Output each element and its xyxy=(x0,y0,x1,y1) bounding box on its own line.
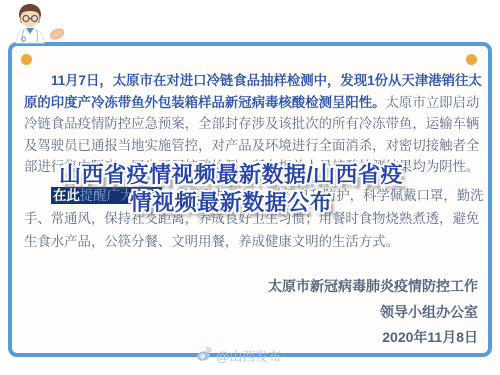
watermark-text: @山西发布 xyxy=(216,346,281,365)
signature-date: 2020年11月8日 xyxy=(268,325,478,351)
signature-line1: 太原市新冠病毒肺炎疫情防控工作 xyxy=(268,274,478,300)
overlay-headline: 山西省疫情视频最新数据/山西省疫 情视频最新数据公布 xyxy=(0,161,462,216)
decor-dot-right xyxy=(466,54,477,65)
overlay-headline-line2: 情视频最新数据公布 xyxy=(0,189,462,217)
doctor-avatar-icon xyxy=(10,1,70,49)
weibo-icon xyxy=(196,347,213,365)
paragraph1-line3: 冷链食品疫情防控应急预案，全部封存涉及该批次的所有冷冻带鱼，运输车辆 xyxy=(24,113,486,135)
signature-block: 太原市新冠病毒肺炎疫情防控工作 领导小组办公室 2020年11月8日 xyxy=(268,274,478,351)
paragraph1-line1: 11月7日，太原市在对进口冷链食品抽样检测中，发现1份从天津港销往太 xyxy=(24,70,486,92)
paragraph1-line4: 及驾驶员已通报当地实施管控，对产品及环境进行全面消杀，对密切接触者全 xyxy=(24,135,486,157)
overlay-headline-line1: 山西省疫情视频最新数据/山西省疫 xyxy=(0,161,462,189)
watermark: @山西发布 xyxy=(196,346,281,365)
decor-dot-left xyxy=(21,54,32,65)
paragraph1-line2-bold: 原的印度产冷冻带鱼外包装箱样品新冠病毒核酸检测呈阳性。 xyxy=(24,95,386,110)
paragraph1-line2: 原的印度产冷冻带鱼外包装箱样品新冠病毒核酸检测呈阳性。太原市立即启动 xyxy=(24,92,486,114)
paragraph1-line2-regular: 太原市立即启动 xyxy=(386,95,480,110)
signature-line2: 领导小组办公室 xyxy=(268,300,478,326)
paragraph2-line3: 生食水产品，公筷分餐、文明用餐，养成健康文明的生活方式。 xyxy=(24,230,486,253)
